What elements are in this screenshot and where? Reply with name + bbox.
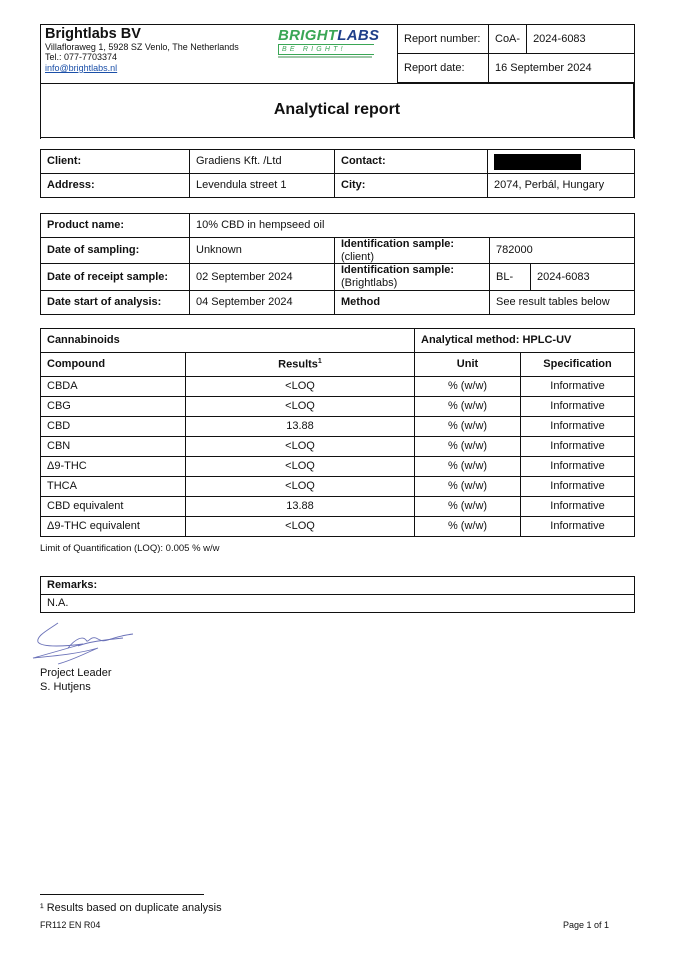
company-name: Brightlabs BV [45, 26, 141, 42]
receipt-date-value: 02 September 2024 [190, 264, 335, 290]
report-number-label: Report number: [398, 25, 489, 54]
header-results: Results1 [186, 353, 415, 377]
cannabinoids-section-label: Cannabinoids [41, 329, 415, 353]
method-label: Method [335, 290, 490, 314]
table-row: CBDA<LOQ% (w/w)Informative [41, 377, 635, 397]
cell-result: <LOQ [186, 517, 415, 537]
cell-result: <LOQ [186, 397, 415, 417]
brightlabs-logo: BRIGHTLABS BE RIGHT! [278, 28, 374, 58]
signer-name: S. Hutjens [40, 681, 91, 693]
logo-text-bright: BRIGHT [278, 27, 337, 44]
cell-spec: Informative [521, 477, 635, 497]
cell-result: 13.88 [186, 417, 415, 437]
cell-result: <LOQ [186, 477, 415, 497]
title-box: Analytical report [40, 83, 634, 138]
cell-spec: Informative [521, 457, 635, 477]
city-label: City: [335, 174, 488, 198]
remarks-value: N.A. [41, 595, 635, 613]
receipt-date-label: Date of receipt sample: [41, 264, 190, 290]
cell-spec: Informative [521, 517, 635, 537]
page-number: Page 1 of 1 [563, 920, 609, 930]
sampling-date-value: Unknown [190, 238, 335, 264]
client-value: Gradiens Kft. /Ltd [190, 150, 335, 174]
table-row: Δ9-THC<LOQ% (w/w)Informative [41, 457, 635, 477]
report-number-prefix: CoA- [489, 25, 527, 54]
cell-spec: Informative [521, 397, 635, 417]
page-title: Analytical report [41, 101, 633, 119]
logo-underline [278, 56, 372, 58]
cell-result: <LOQ [186, 437, 415, 457]
header-specification: Specification [521, 353, 635, 377]
analysis-date-value: 04 September 2024 [190, 290, 335, 314]
logo-tagline: BE RIGHT! [278, 44, 374, 55]
id-client-value: 782000 [490, 238, 635, 264]
report-date-label: Report date: [398, 54, 489, 83]
cell-result: <LOQ [186, 377, 415, 397]
report-number-value: 2024-6083 [527, 25, 635, 54]
cell-result: 13.88 [186, 497, 415, 517]
cell-unit: % (w/w) [415, 417, 521, 437]
analysis-date-label: Date start of analysis: [41, 290, 190, 314]
cell-compound: Δ9-THC [41, 457, 186, 477]
table-row: CBG<LOQ% (w/w)Informative [41, 397, 635, 417]
redacted-contact [494, 154, 581, 170]
analytical-method-label: Analytical method: HPLC-UV [415, 329, 635, 353]
product-table: Product name: 10% CBD in hempseed oil Da… [40, 213, 635, 315]
report-date-value: 16 September 2024 [489, 54, 635, 83]
cell-result: <LOQ [186, 457, 415, 477]
cell-unit: % (w/w) [415, 397, 521, 417]
id-client-label: Identification sample:(client) [335, 238, 490, 264]
remarks-table: Remarks: N.A. [40, 576, 635, 613]
id-brightlabs-prefix: BL- [490, 264, 531, 290]
cell-compound: CBG [41, 397, 186, 417]
cell-compound: CBN [41, 437, 186, 457]
logo-text-labs: LABS [337, 27, 379, 44]
table-row: Δ9-THC equivalent<LOQ% (w/w)Informative [41, 517, 635, 537]
cell-compound: CBD [41, 417, 186, 437]
cell-spec: Informative [521, 437, 635, 457]
client-label: Client: [41, 150, 190, 174]
client-table: Client: Gradiens Kft. /Ltd Contact: Addr… [40, 149, 635, 198]
table-row: THCA<LOQ% (w/w)Informative [41, 477, 635, 497]
company-address: Villafloraweg 1, 5928 SZ Venlo, The Neth… [45, 42, 239, 52]
cell-spec: Informative [521, 497, 635, 517]
cell-unit: % (w/w) [415, 497, 521, 517]
table-row: CBD13.88% (w/w)Informative [41, 417, 635, 437]
loq-note: Limit of Quantification (LOQ): 0.005 % w… [40, 543, 220, 554]
cell-compound: Δ9-THC equivalent [41, 517, 186, 537]
signature-image [28, 618, 138, 668]
cell-unit: % (w/w) [415, 377, 521, 397]
sampling-date-label: Date of sampling: [41, 238, 190, 264]
product-name-value: 10% CBD in hempseed oil [190, 214, 635, 238]
id-brightlabs-value: 2024-6083 [531, 264, 635, 290]
address-value: Levendula street 1 [190, 174, 335, 198]
signer-role: Project Leader [40, 667, 112, 679]
company-phone: Tel.: 077-7703374 [45, 52, 117, 62]
header-compound: Compound [41, 353, 186, 377]
company-email-link[interactable]: info@brightlabs.nl [45, 63, 117, 73]
cell-compound: CBD equivalent [41, 497, 186, 517]
footnote-rule [40, 894, 204, 895]
cell-unit: % (w/w) [415, 477, 521, 497]
report-meta-table: Report number: CoA- 2024-6083 Report dat… [397, 24, 635, 83]
remarks-label: Remarks: [41, 577, 635, 595]
cannabinoids-table: Cannabinoids Analytical method: HPLC-UV … [40, 328, 635, 537]
cell-compound: THCA [41, 477, 186, 497]
id-brightlabs-label: Identification sample:(Brightlabs) [335, 264, 490, 290]
method-value: See result tables below [490, 290, 635, 314]
table-row: CBN<LOQ% (w/w)Informative [41, 437, 635, 457]
address-label: Address: [41, 174, 190, 198]
cell-spec: Informative [521, 417, 635, 437]
product-name-label: Product name: [41, 214, 190, 238]
table-row: CBD equivalent13.88% (w/w)Informative [41, 497, 635, 517]
cell-unit: % (w/w) [415, 457, 521, 477]
footnote-text: ¹ Results based on duplicate analysis [40, 902, 222, 914]
header-unit: Unit [415, 353, 521, 377]
cell-spec: Informative [521, 377, 635, 397]
cell-compound: CBDA [41, 377, 186, 397]
contact-label: Contact: [335, 150, 488, 174]
city-value: 2074, Perbál, Hungary [488, 174, 635, 198]
cell-unit: % (w/w) [415, 437, 521, 457]
form-code: FR112 EN R04 [40, 920, 100, 930]
cell-unit: % (w/w) [415, 517, 521, 537]
contact-value [488, 150, 635, 174]
